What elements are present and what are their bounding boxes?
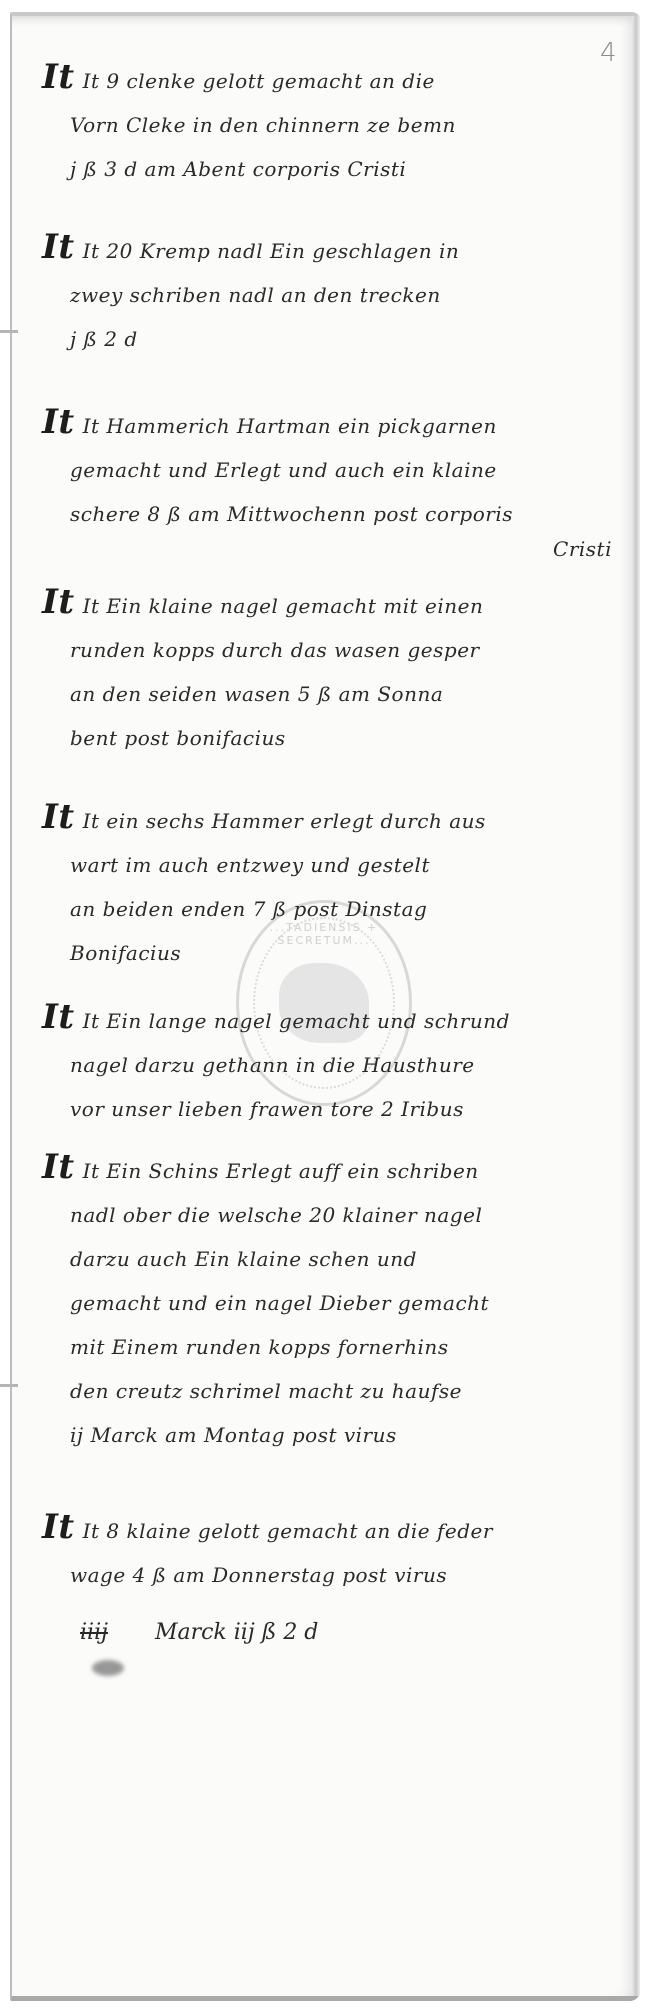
entry-line: vor unser lieben frawen tore 2 Iribus — [42, 1087, 622, 1131]
entry-line: It Hammerich Hartman ein pickgarnen — [83, 414, 497, 438]
entry-line: nadl ober die welsche 20 klainer nagel — [42, 1193, 622, 1237]
ledger-entry: ItIt Ein klaine nagel gemacht mit einen … — [42, 580, 622, 760]
item-initial: It — [42, 57, 75, 97]
entry-line: gemacht und ein nagel Dieber gemacht — [42, 1281, 622, 1325]
entry-line: darzu auch Ein klaine schen und — [42, 1237, 622, 1281]
entry-line: gemacht und Erlegt und auch ein klaine — [42, 448, 622, 492]
total-amount: Marck iij ß 2 d — [155, 1620, 318, 1645]
entry-line: nagel darzu gethann in die Hausthure — [42, 1043, 622, 1087]
ledger-entry: ItIt Ein Schins Erlegt auff ein schriben… — [42, 1145, 622, 1457]
ledger-entry: ItIt 20 Kremp nadl Ein geschlagen in zwe… — [42, 225, 622, 361]
entry-line: It Ein lange nagel gemacht und schrund — [83, 1009, 510, 1033]
item-initial: It — [42, 1507, 75, 1547]
struck-numeral: iiij — [80, 1620, 108, 1645]
item-initial: It — [42, 402, 75, 442]
entry-line: mit Einem runden kopps fornerhins — [42, 1325, 622, 1369]
entry-line: It 20 Kremp nadl Ein geschlagen in — [83, 239, 460, 263]
page-edge — [632, 16, 640, 1996]
entry-line: j ß 2 d — [42, 317, 622, 361]
entry-line: Bonifacius — [42, 931, 622, 975]
entry-line: bent post bonifacius — [42, 716, 622, 760]
entry-line: It 9 clenke gelott gemacht an die — [83, 69, 435, 93]
entry-line: an den seiden wasen 5 ß am Sonna — [42, 672, 622, 716]
ledger-entry: ItIt Hammerich Hartman ein pickgarnen ge… — [42, 400, 622, 562]
entry-line: den creutz schrimel macht zu haufse — [42, 1369, 622, 1413]
item-initial: It — [42, 797, 75, 837]
entry-line: It 8 klaine gelott gemacht an die feder — [83, 1519, 493, 1543]
margin-mark — [0, 1384, 18, 1387]
page-total: iiij Marck iij ß 2 d — [80, 1620, 480, 1645]
item-initial: It — [42, 582, 75, 622]
margin-mark — [0, 330, 18, 333]
ink-smudge — [92, 1660, 124, 1676]
ledger-entry: ItIt 8 klaine gelott gemacht an die fede… — [42, 1505, 622, 1597]
entry-line: j ß 3 d am Abent corporis Cristi — [42, 147, 622, 191]
ledger-entry: ItIt Ein lange nagel gemacht und schrund… — [42, 995, 622, 1131]
entry-line: It Ein klaine nagel gemacht mit einen — [83, 594, 484, 618]
entry-line: zwey schriben nadl an den trecken — [42, 273, 622, 317]
entry-line: It ein sechs Hammer erlegt durch aus — [83, 809, 486, 833]
entry-line: Vorn Cleke in den chinnern ze bemn — [42, 103, 622, 147]
ledger-entry: ItIt 9 clenke gelott gemacht an die Vorn… — [42, 55, 622, 191]
entry-line: schere 8 ß am Mittwochenn post corporis — [42, 492, 622, 536]
entry-line: runden kopps durch das wasen gesper — [42, 628, 622, 672]
entry-line: It Ein Schins Erlegt auff ein schriben — [83, 1159, 479, 1183]
item-initial: It — [42, 997, 75, 1037]
entry-line: wart im auch entzwey und gestelt — [42, 843, 622, 887]
entry-line: ij Marck am Montag post virus — [42, 1413, 622, 1457]
item-initial: It — [42, 227, 75, 267]
entry-line: Cristi — [42, 536, 622, 562]
entry-line: an beiden enden 7 ß post Dinstag — [42, 887, 622, 931]
entry-line: wage 4 ß am Donnerstag post virus — [42, 1553, 622, 1597]
ledger-entry: ItIt ein sechs Hammer erlegt durch aus w… — [42, 795, 622, 975]
item-initial: It — [42, 1147, 75, 1187]
